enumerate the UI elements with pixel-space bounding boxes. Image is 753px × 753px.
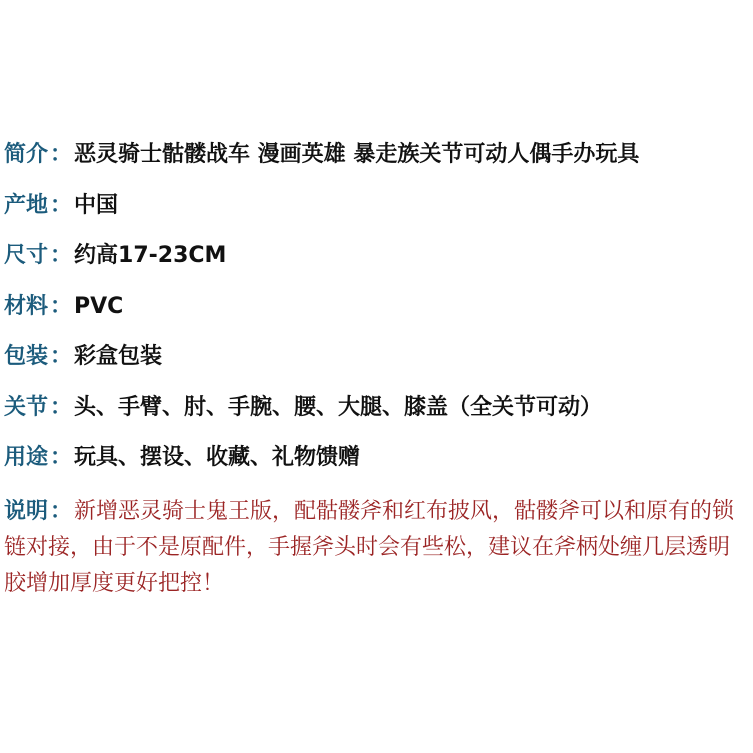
spec-value-size: 约高17-23CM xyxy=(74,243,226,268)
spec-colon: ： xyxy=(48,441,74,475)
spec-row-joints: 关节：头、手臂、肘、手腕、腰、大腿、膝盖（全关节可动） xyxy=(4,391,753,442)
spec-value-intro: 恶灵骑士骷髅战车 漫画英雄 暴走族关节可动人偶手办玩具 xyxy=(74,142,639,167)
spec-colon: ： xyxy=(48,340,74,374)
spec-colon: ： xyxy=(48,391,74,425)
spec-row-packaging: 包装：彩盒包装 xyxy=(4,340,753,391)
spec-value-packaging: 彩盒包装 xyxy=(74,344,162,369)
spec-row-material: 材料：PVC xyxy=(4,290,753,341)
spec-row-size: 尺寸：约高17-23CM xyxy=(4,239,753,290)
spec-label-packaging: 包装 xyxy=(4,344,48,369)
description-colon: ： xyxy=(48,494,74,530)
product-spec-list: 简介：恶灵骑士骷髅战车 漫画英雄 暴走族关节可动人偶手办玩具 产地：中国 尺寸：… xyxy=(4,138,753,602)
description-label: 说明 xyxy=(4,499,48,524)
spec-row-intro: 简介：恶灵骑士骷髅战车 漫画英雄 暴走族关节可动人偶手办玩具 xyxy=(4,138,753,189)
spec-colon: ： xyxy=(48,290,74,324)
spec-label-joints: 关节 xyxy=(4,395,48,420)
spec-row-origin: 产地：中国 xyxy=(4,189,753,240)
spec-label-origin: 产地 xyxy=(4,193,48,218)
spec-label-material: 材料 xyxy=(4,294,48,319)
spec-label-intro: 简介 xyxy=(4,142,48,167)
spec-value-origin: 中国 xyxy=(74,193,118,218)
spec-label-size: 尺寸 xyxy=(4,243,48,268)
spec-colon: ： xyxy=(48,138,74,172)
spec-value-usage: 玩具、摆设、收藏、礼物馈赠 xyxy=(74,445,360,470)
spec-label-usage: 用途 xyxy=(4,445,48,470)
spec-colon: ： xyxy=(48,239,74,273)
spec-colon: ： xyxy=(48,189,74,223)
spec-row-usage: 用途：玩具、摆设、收藏、礼物馈赠 xyxy=(4,441,753,492)
description-block: 说明：新增恶灵骑士鬼王版，配骷髅斧和红布披风，骷髅斧可以和原有的锁链对接，由于不… xyxy=(4,494,749,602)
spec-value-material: PVC xyxy=(74,294,123,319)
spec-value-joints: 头、手臂、肘、手腕、腰、大腿、膝盖（全关节可动） xyxy=(74,395,602,420)
description-text: 新增恶灵骑士鬼王版，配骷髅斧和红布披风，骷髅斧可以和原有的锁链对接，由于不是原配… xyxy=(4,499,734,596)
